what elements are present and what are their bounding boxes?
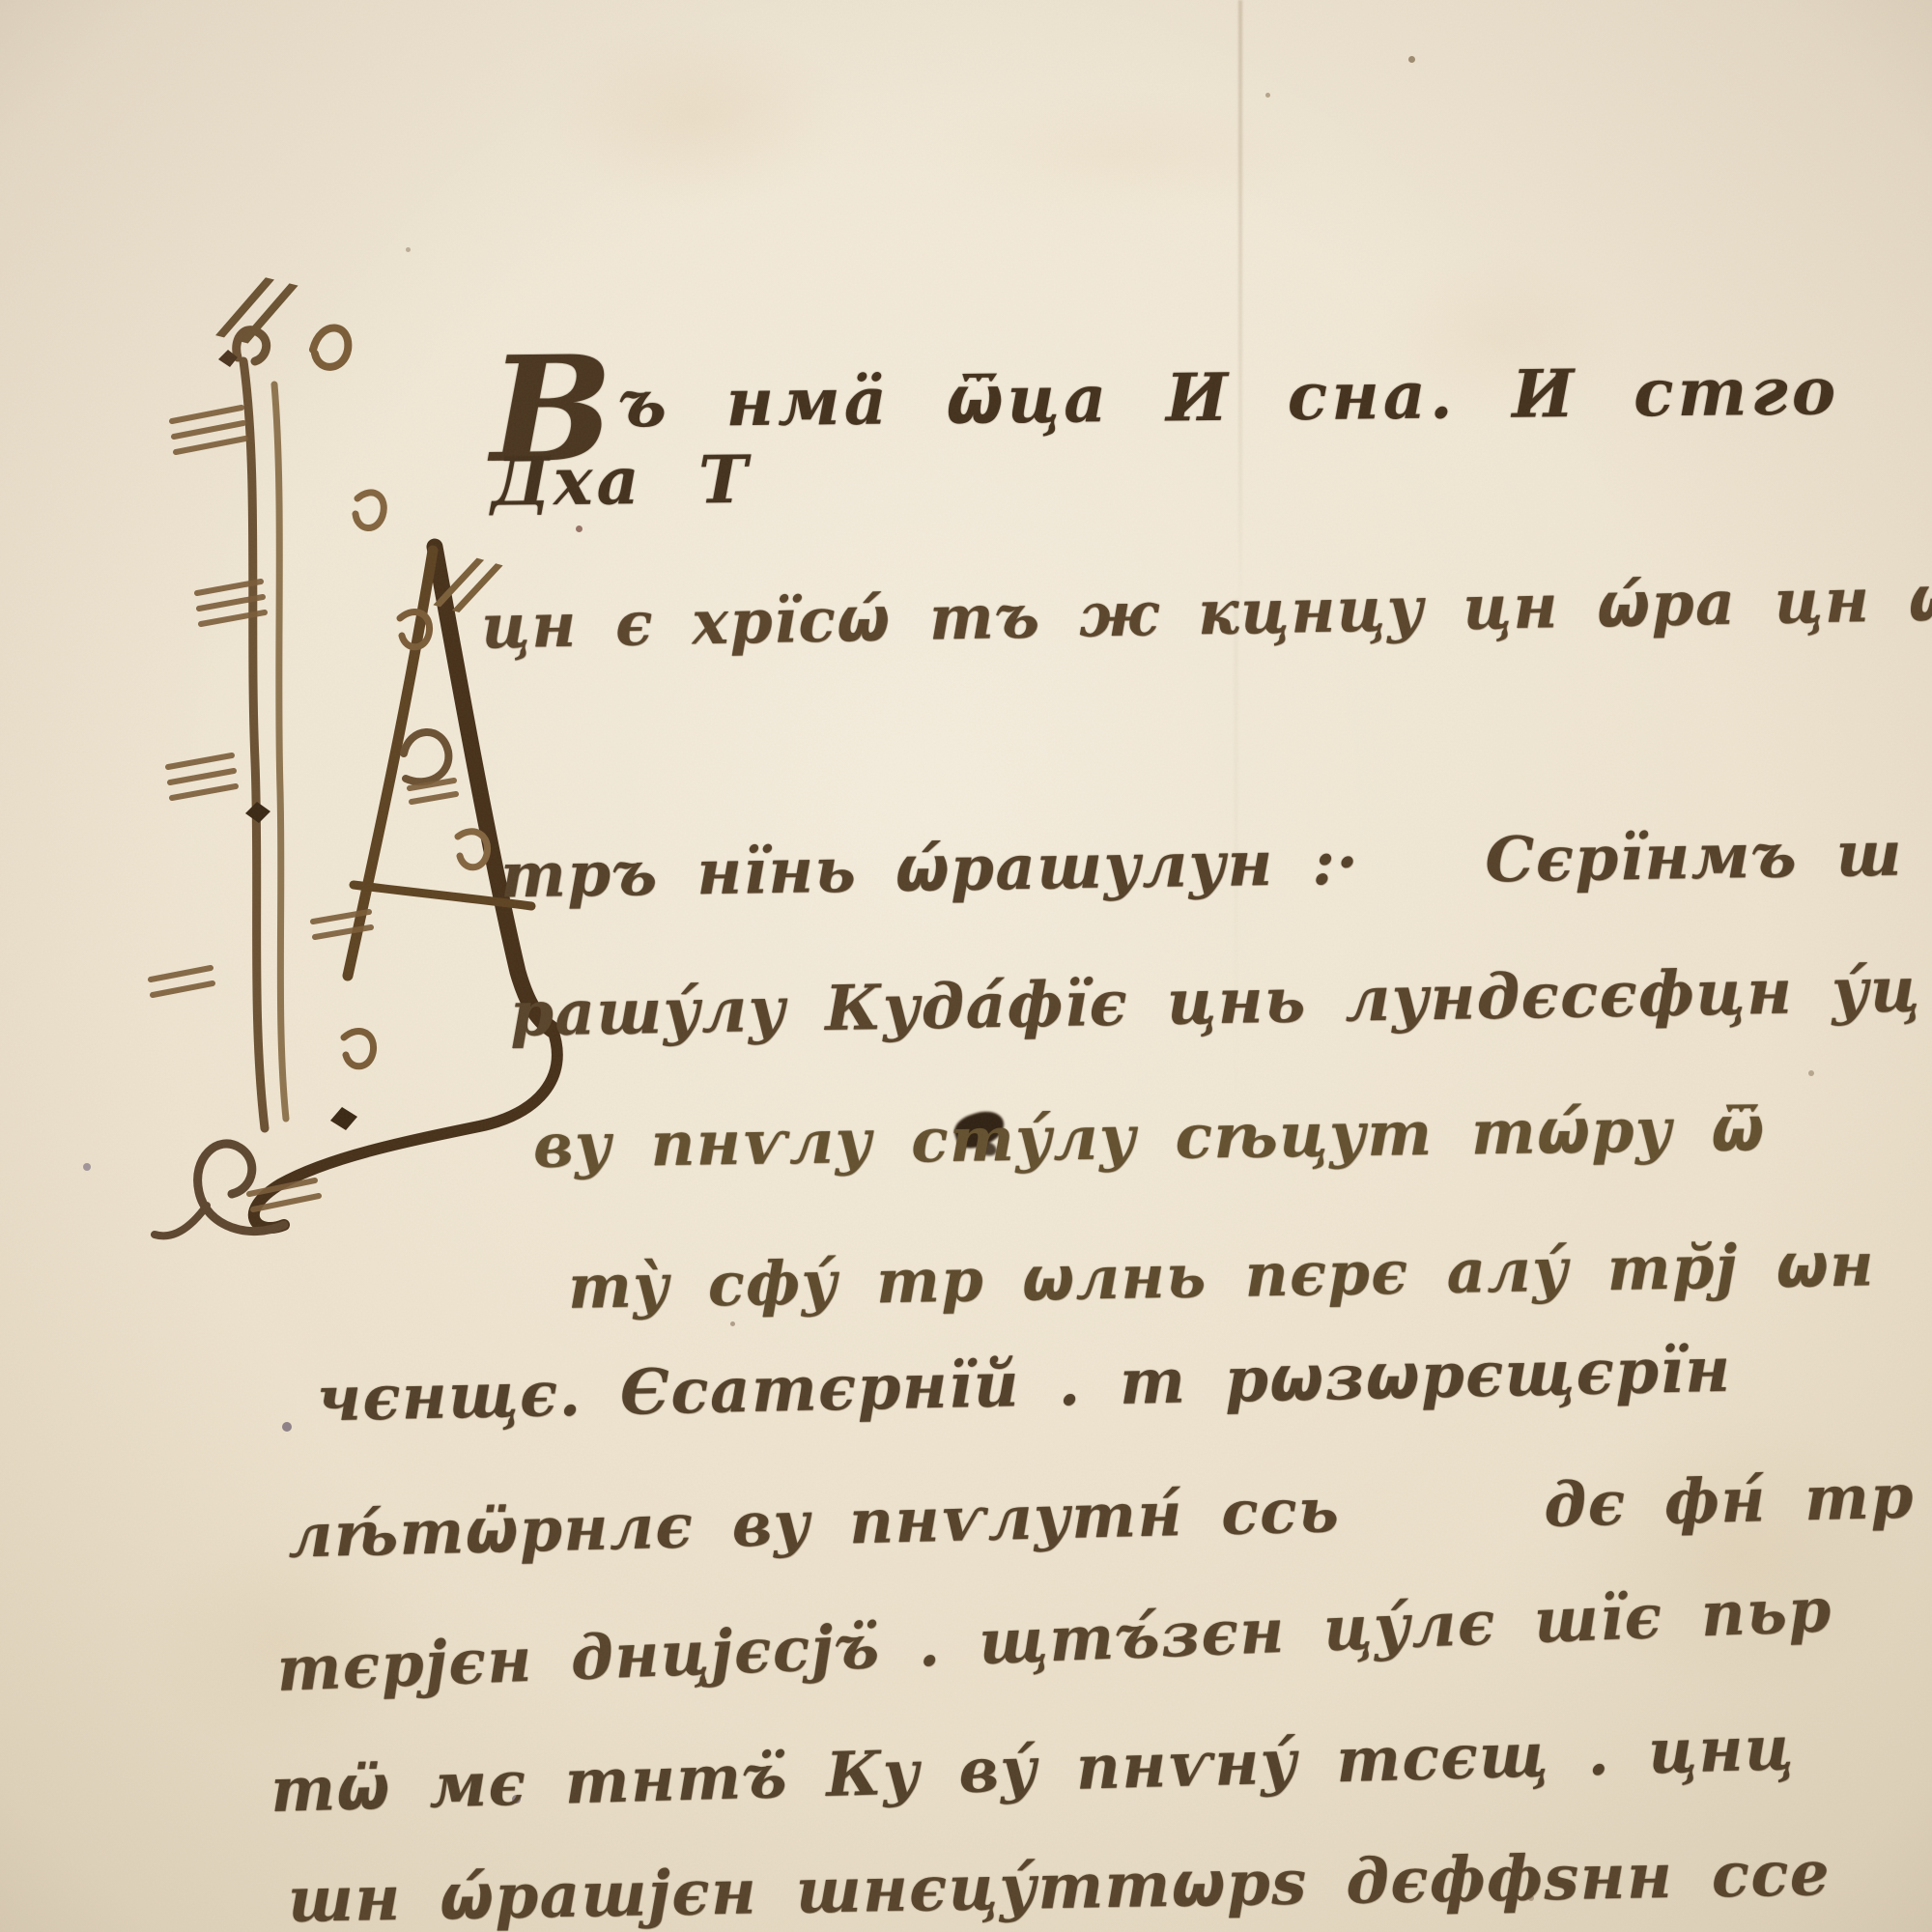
manuscript-photo: // // Въ нмӓ ѿца И сна. И стго Дха Т цн … [0, 0, 1932, 1932]
manuscript-line: тръ нїнь ѡ́рашулун :· Сєрїнмъ ш [500, 818, 1904, 913]
manuscript-line: тѡ̈ мє тнтъ̈ Ку ву́ пнѵну́ тсєщ . цнц [270, 1712, 1796, 1826]
manuscript-line: цн є хрїсѡ́ тъ ж кцнцу цн ѡ́ра цн ѡур [480, 560, 1932, 662]
ink-speck [1808, 1070, 1814, 1076]
manuscript-line: ву пнѵлу сту́лу сѣцут тѡ́ру ѿ [533, 1093, 1767, 1181]
manuscript-line: рашу́лу Куда́фїє цнь лундєсєфцн у́ц [509, 953, 1921, 1050]
fold-crease [1238, 0, 1242, 618]
ink-speck [1265, 93, 1270, 98]
line-segment: дє фн́ тр [1543, 1460, 1915, 1540]
line-segment: лѣ́тѡ̈рнлє ву пнѵлутн́ ссь [287, 1474, 1341, 1572]
ink-speck [282, 1422, 292, 1432]
ink-speck [83, 1163, 91, 1171]
paper-stain [541, 19, 850, 213]
line-segment: Сєрїнмъ ш [1485, 818, 1904, 897]
paper-stain [1565, 1410, 1913, 1700]
line-segment: тръ нїнь ѡ́рашулун :· [500, 826, 1360, 912]
manuscript-header-line: Въ нмӓ ѿца И сна. И стго Дха Т [490, 352, 1932, 522]
paper-stain [918, 87, 1323, 222]
ink-speck [1408, 56, 1415, 63]
manuscript-line: ту̀ сфу́ тр ѡлнь пєрє алу́ тр̆ј ѡн [567, 1229, 1875, 1322]
manuscript-line: чєнщє. Єсатєрнїй . т рѡзѡрєщєрїн [316, 1334, 1732, 1436]
manuscript-line: лѣ́тѡ̈рнлє ву пнѵлутн́ ссь дє фн́ тр [287, 1460, 1915, 1571]
ink-speck [730, 1321, 735, 1326]
manuscript-line: тєрјєн днцјєсјъ̈ . щтъ́зєн цу́лє шїє пьр [275, 1574, 1833, 1705]
header-text: ъ нмӓ ѿца И сна. И стго Дха Т [491, 353, 1839, 522]
ink-speck [406, 247, 411, 252]
manuscript-line: шн ѡ́рашјєн шнєцу́ттѡрѕ дєффѕнн ссе [287, 1837, 1831, 1932]
